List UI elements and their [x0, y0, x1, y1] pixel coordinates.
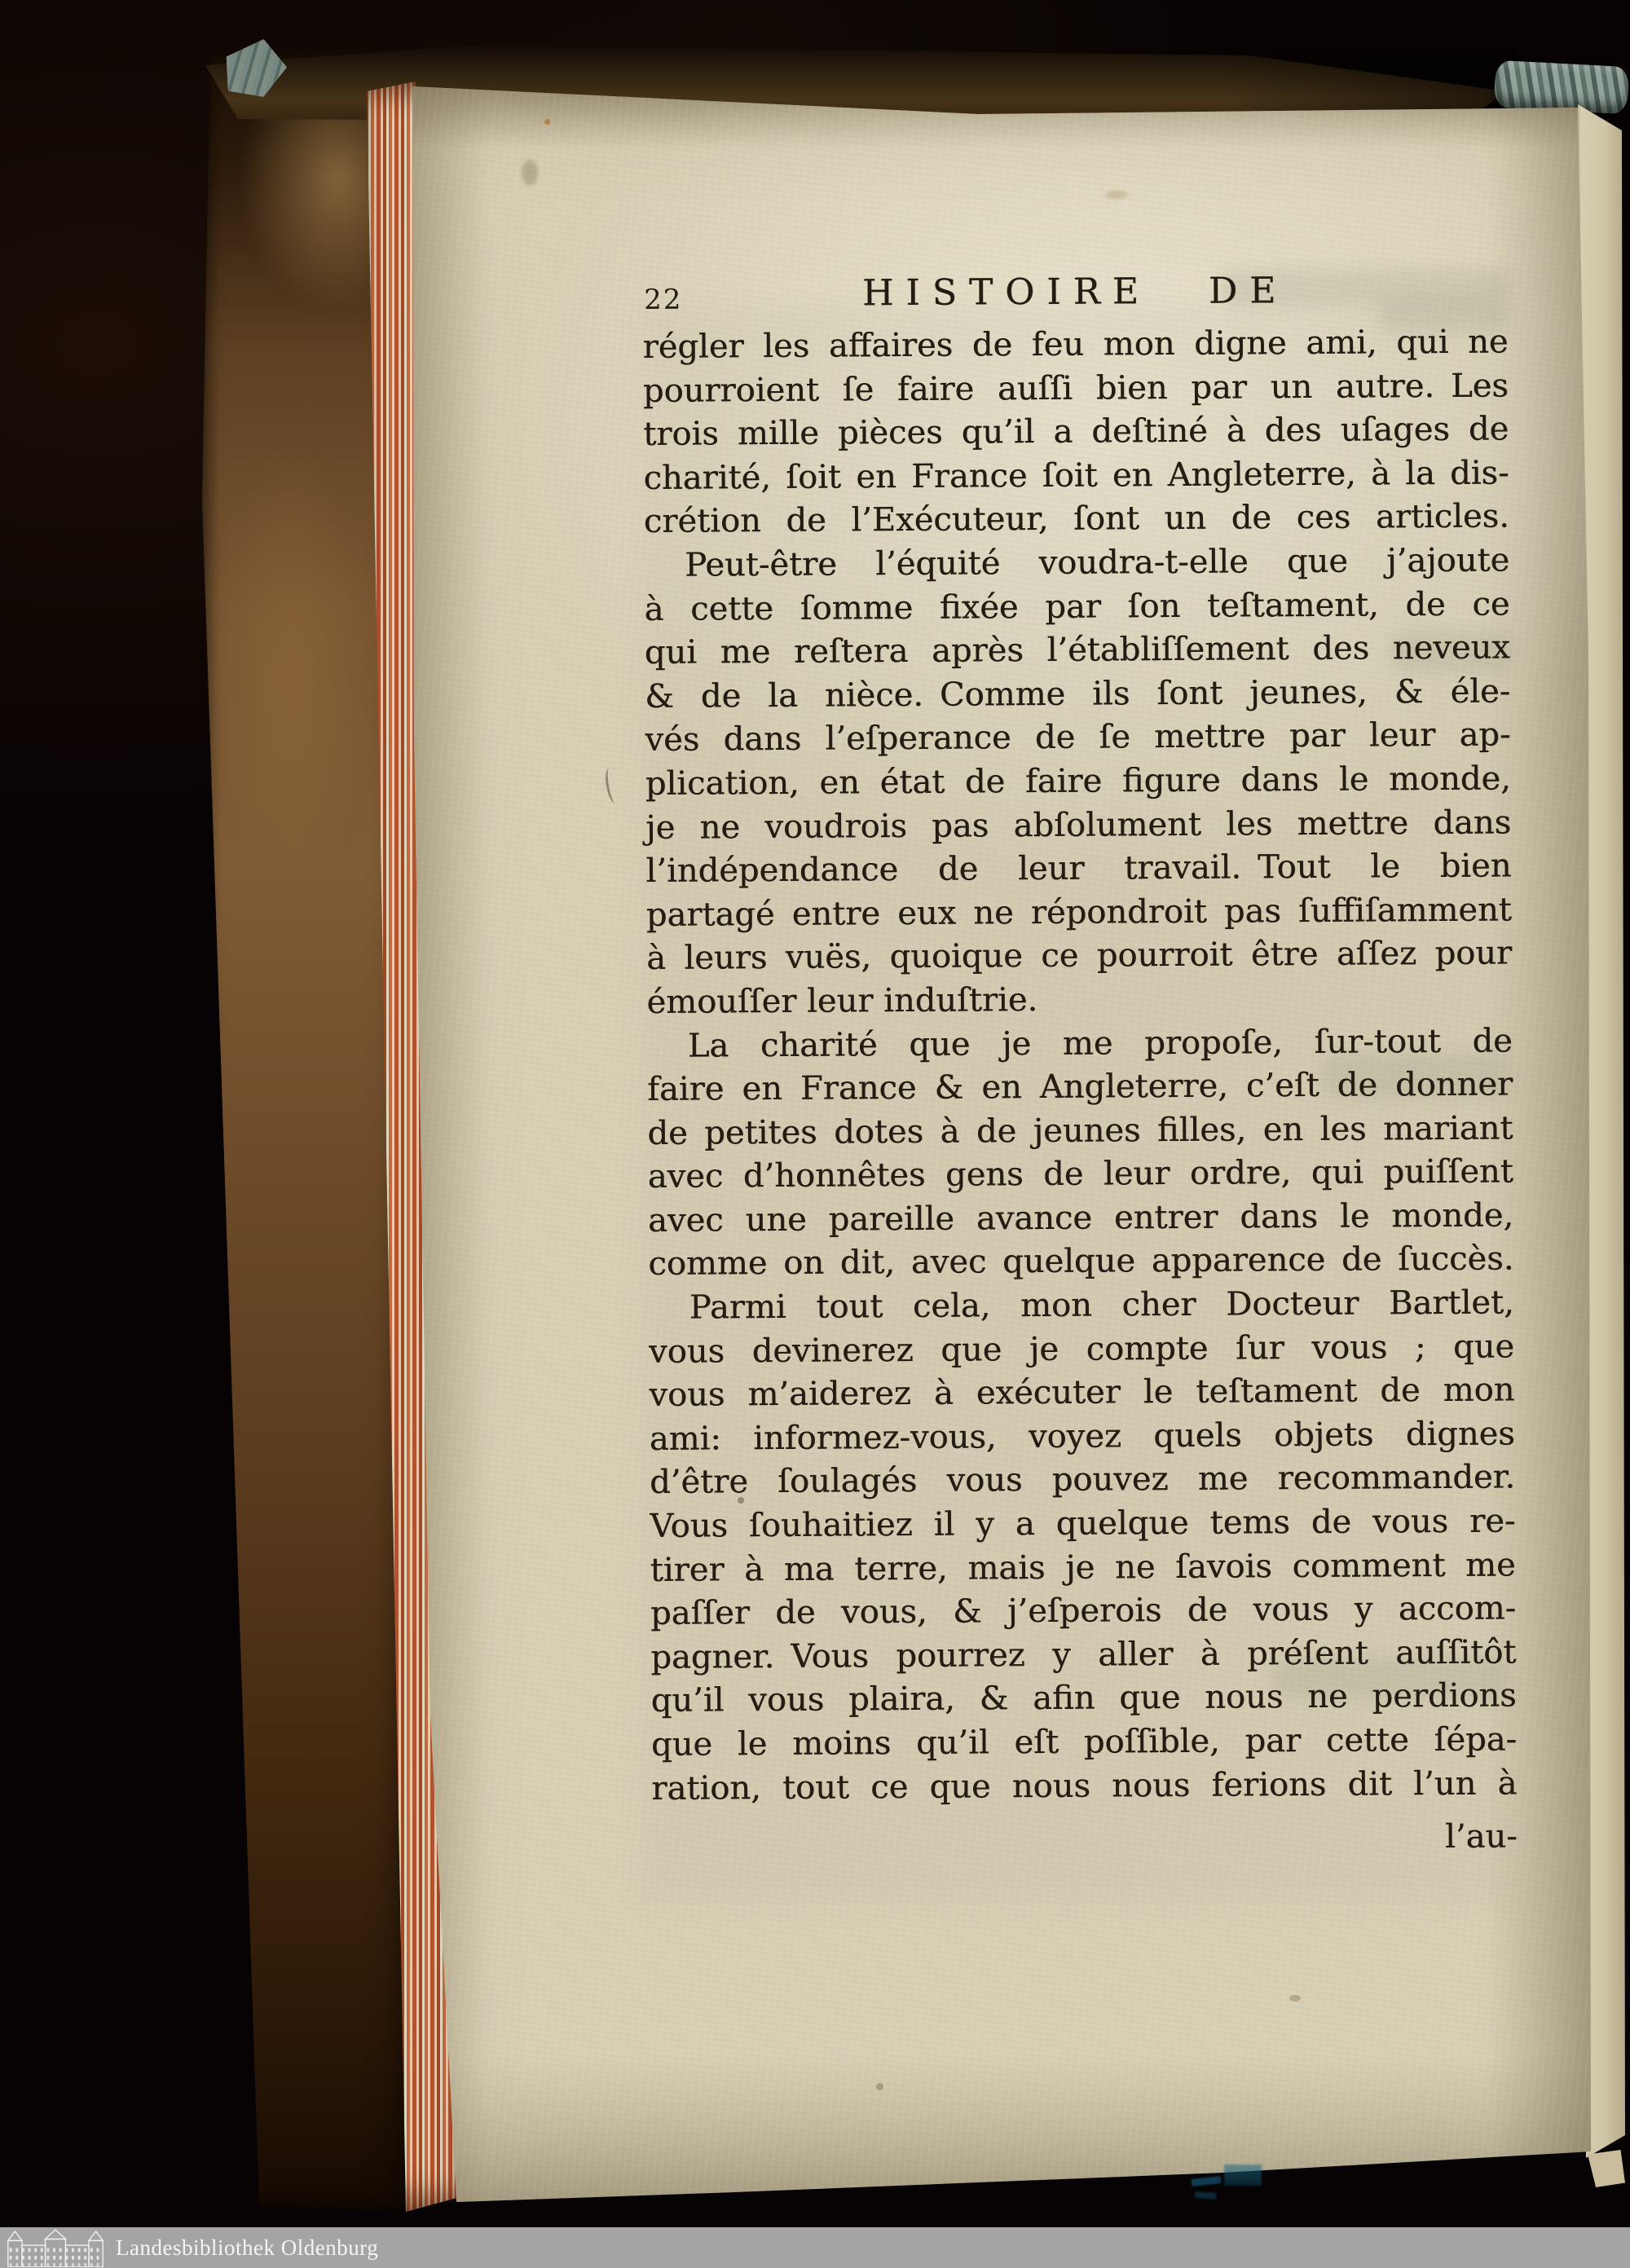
- text-line: vous devinerez que je compte ſur vous ; …: [649, 1325, 1514, 1374]
- text-line: pourroient ſe faire auſſi bien par un au…: [643, 364, 1509, 413]
- text-line: de petites dotes à de jeunes filles, en …: [647, 1107, 1513, 1156]
- catchword-row: l’au-: [652, 1816, 1518, 1865]
- stain: [1105, 191, 1128, 199]
- stain: [1289, 1995, 1301, 2002]
- text-line: que le moins qu’il eſt poſſible, par cet…: [651, 1718, 1517, 1767]
- stain: [876, 2083, 883, 2090]
- blue-mark: [1195, 2191, 1216, 2200]
- text-line: Peut-être l’équité voudra-t-elle que j’a…: [644, 539, 1509, 588]
- blue-mark: [1192, 2176, 1222, 2187]
- leather-sheen: [210, 386, 373, 957]
- text-line: je ne voudrois pas abſolument les mettre…: [645, 801, 1511, 850]
- text-line: pagner. Vous pourrez y aller à préſent a…: [650, 1631, 1516, 1680]
- text-line: trois mille pièces qu’il a deſtiné à des…: [643, 408, 1509, 457]
- text-line: charité, ſoit en France ſoit en Angleter…: [643, 451, 1509, 500]
- watermark-bar: Landesbibliothek Oldenburg: [0, 2227, 1630, 2268]
- text-line: d’être ſoulagés vous pouvez me recommand…: [650, 1456, 1515, 1505]
- book-photo: 22 HISTOIRE DE régler les affaires de fe…: [0, 0, 1630, 2268]
- text-line: avec d’honnêtes gens de leur ordre, qui …: [648, 1151, 1513, 1200]
- text-line: comme on dit, avec quelque apparence de …: [648, 1238, 1513, 1287]
- text-line: régler les affaires de feu mon digne ami…: [642, 321, 1508, 370]
- text-line: l’indépendance de leur travail. Tout le …: [645, 845, 1511, 894]
- text-line: crétion de l’Exécuteur, ſont un de ces a…: [644, 495, 1509, 544]
- stain: [544, 119, 550, 125]
- printed-text-block: 22 HISTOIRE DE régler les affaires de fe…: [642, 269, 1518, 1865]
- text-line: Parmi tout cela, mon cher Docteur Bartle…: [649, 1282, 1514, 1331]
- stain: [522, 160, 538, 186]
- text-line: tirer à ma terre, mais je ne ſavois comm…: [650, 1544, 1516, 1592]
- watermark-label: Landesbibliothek Oldenburg: [116, 2235, 378, 2261]
- text-line: qui me reſtera après l’établiſſement des…: [645, 627, 1510, 676]
- library-building-icon: [5, 2228, 106, 2267]
- running-title: HISTOIRE DE: [642, 269, 1508, 315]
- text-line: à leurs vuës, quoique ce pourroit être a…: [646, 932, 1512, 981]
- underlying-page-corner: [1588, 2150, 1625, 2187]
- book-page: 22 HISTOIRE DE régler les affaires de fe…: [407, 85, 1593, 2204]
- text-column: régler les affaires de feu mon digne ami…: [642, 321, 1517, 1812]
- catchword: l’au-: [1445, 1818, 1518, 1856]
- text-line: partagé entre eux ne répondroit pas ſuff…: [646, 888, 1512, 937]
- headband: [1494, 60, 1630, 115]
- text-line: avec une pareille avance entrer dans le …: [648, 1194, 1513, 1243]
- text-line: vés dans l’eſperance de ſe mettre par le…: [645, 714, 1510, 763]
- text-line: plication, en état de faire figure dans …: [645, 757, 1511, 806]
- text-line: La charité que je me propoſe, ſur-tout d…: [647, 1019, 1513, 1068]
- text-line: Vous ſouhaitiez il y a quelque tems de v…: [650, 1500, 1515, 1549]
- text-line: faire en France & en Angleterre, c’eſt d…: [647, 1064, 1513, 1112]
- text-line: qu’il vous plaira, & afin que nous ne pe…: [651, 1675, 1517, 1724]
- text-line: ration, tout ce que nous nous ferions di…: [651, 1762, 1517, 1811]
- margin-mark: [603, 767, 621, 804]
- page-number: 22: [644, 284, 683, 316]
- text-line: à cette ſomme fixée par ſon teſtament, d…: [644, 583, 1509, 632]
- text-line: émouſſer leur induſtrie.: [646, 975, 1512, 1024]
- text-line: paſſer de vous, & j’eſperois de vous y a…: [650, 1588, 1516, 1636]
- text-line: vous m’aiderez à exécuter le teſtament d…: [649, 1369, 1514, 1418]
- text-line: ami: informez-vous, voyez quels objets d…: [650, 1412, 1515, 1461]
- page-header: 22 HISTOIRE DE: [642, 269, 1508, 318]
- blue-mark: [1224, 2165, 1262, 2186]
- text-line: & de la nièce. Comme ils ſont jeunes, & …: [645, 670, 1510, 719]
